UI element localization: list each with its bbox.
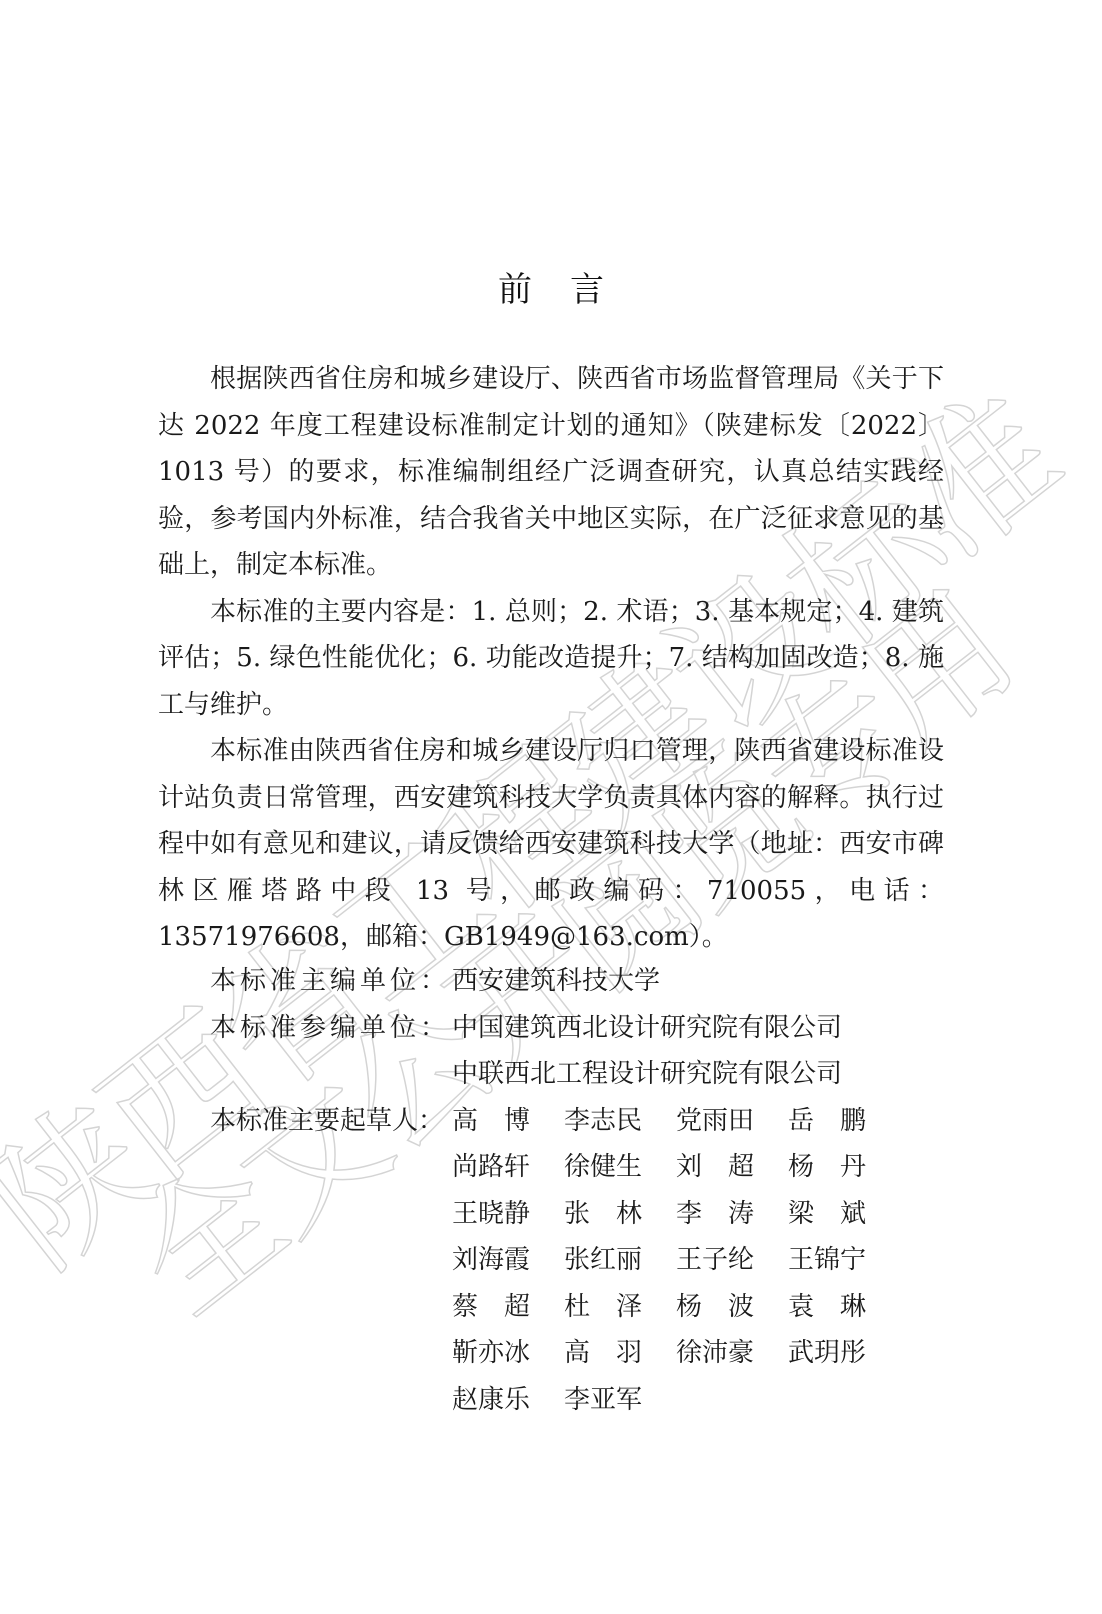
drafter-name: 徐健生 (564, 1144, 676, 1191)
paragraph-management: 本标准由陕西省住房和城乡建设厅归口管理，陕西省建设标准设计站负责日常管理，西安建… (158, 728, 944, 961)
drafter-name: 党雨田 (676, 1098, 788, 1145)
chief-unit-row: 本标准主编单位： 西安建筑科技大学 (210, 958, 900, 1005)
participating-unit: 中联西北工程设计研究院有限公司 (452, 1051, 842, 1098)
drafter-name: 蔡 超 (452, 1284, 564, 1331)
drafter-name: 王晓静 (452, 1191, 564, 1238)
drafter-name: 袁 琳 (788, 1284, 900, 1331)
drafter-name: 武玥彤 (788, 1330, 900, 1377)
page-title: 前言 (0, 262, 1102, 311)
chief-unit-label: 本标准主编单位： (210, 958, 452, 1005)
drafter-name: 高 博 (452, 1098, 564, 1145)
drafter-name: 徐沛豪 (676, 1330, 788, 1377)
drafter-name: 刘 超 (676, 1144, 788, 1191)
drafter-name: 张 林 (564, 1191, 676, 1238)
drafter-name: 杨 波 (676, 1284, 788, 1331)
drafter-name: 靳亦冰 (452, 1330, 564, 1377)
drafter-name: 杜 泽 (564, 1284, 676, 1331)
drafter-name: 赵康乐 (452, 1377, 564, 1424)
participating-units-label: 本标准参编单位： (210, 1005, 452, 1098)
drafter-name: 杨 丹 (788, 1144, 900, 1191)
drafter-name: 王子纶 (676, 1237, 788, 1284)
participating-units-list: 中国建筑西北设计研究院有限公司 中联西北工程设计研究院有限公司 (452, 1005, 842, 1098)
drafters-list: 高 博 李志民 党雨田 岳 鹏 尚路轩 徐健生 刘 超 杨 丹 王晓静 张 林 … (452, 1098, 900, 1424)
drafter-name: 高 羽 (564, 1330, 676, 1377)
drafter-name: 刘海霞 (452, 1237, 564, 1284)
drafter-name: 张红丽 (564, 1237, 676, 1284)
drafter-name: 王锦宁 (788, 1237, 900, 1284)
drafter-name: 李亚军 (564, 1377, 676, 1424)
drafter-name: 岳 鹏 (788, 1098, 900, 1145)
drafters-row: 本标准主要起草人： 高 博 李志民 党雨田 岳 鹏 尚路轩 徐健生 刘 超 杨 … (210, 1098, 900, 1424)
participating-units-row: 本标准参编单位： 中国建筑西北设计研究院有限公司 中联西北工程设计研究院有限公司 (210, 1005, 900, 1098)
drafters-label: 本标准主要起草人： (210, 1098, 452, 1424)
drafter-name: 李志民 (564, 1098, 676, 1145)
document-page: 前言 根据陕西省住房和城乡建设厅、陕西省市场监督管理局《关于下达 2022 年度… (0, 0, 1102, 1614)
drafter-name: 李 涛 (676, 1191, 788, 1238)
paragraph-basis: 根据陕西省住房和城乡建设厅、陕西省市场监督管理局《关于下达 2022 年度工程建… (158, 356, 944, 589)
credits-section: 本标准主编单位： 西安建筑科技大学 本标准参编单位： 中国建筑西北设计研究院有限… (210, 958, 900, 1423)
chief-unit-value: 西安建筑科技大学 (452, 958, 660, 1005)
participating-unit: 中国建筑西北设计研究院有限公司 (452, 1005, 842, 1052)
drafter-name: 梁 斌 (788, 1191, 900, 1238)
paragraph-contents: 本标准的主要内容是：1. 总则；2. 术语；3. 基本规定；4. 建筑评估；5.… (158, 589, 944, 729)
preface-body: 根据陕西省住房和城乡建设厅、陕西省市场监督管理局《关于下达 2022 年度工程建… (158, 356, 944, 961)
drafter-name: 尚路轩 (452, 1144, 564, 1191)
